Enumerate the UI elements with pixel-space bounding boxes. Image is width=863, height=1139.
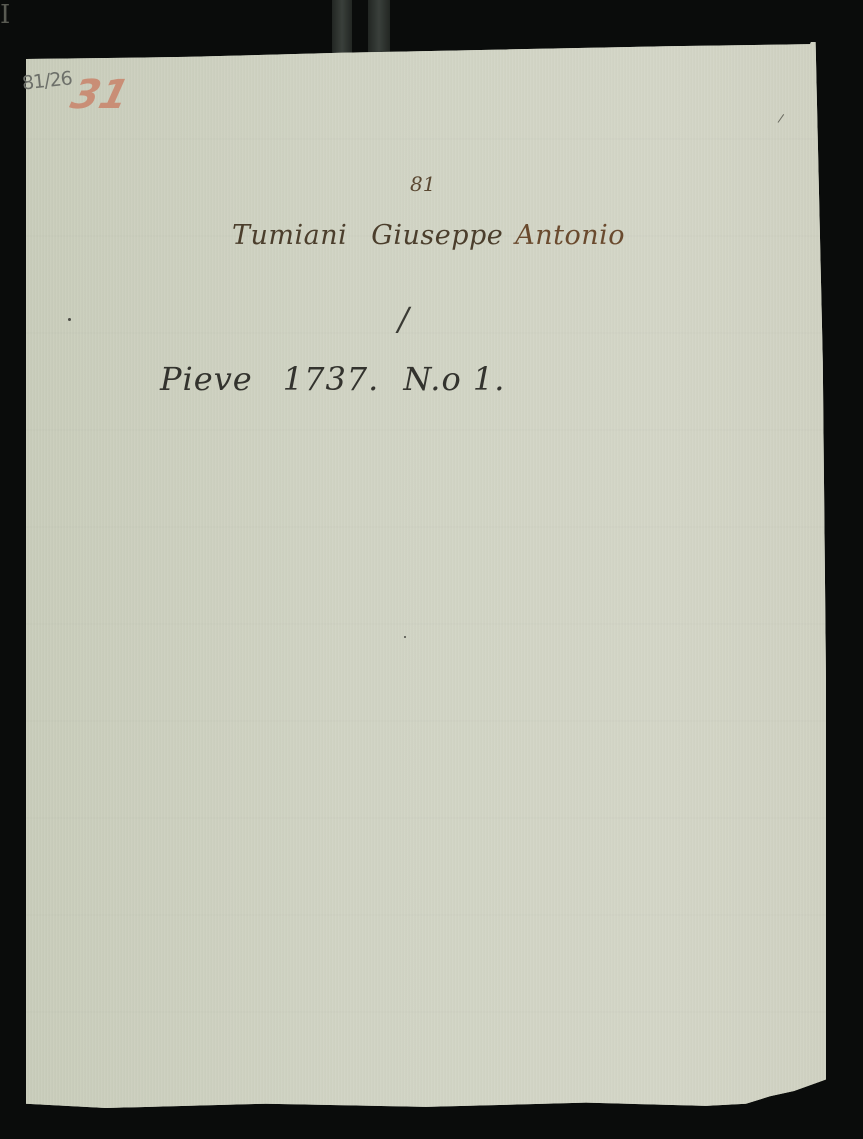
item-number: 81 — [410, 172, 435, 196]
name-line: TumianiGiuseppeAntonio — [232, 220, 625, 251]
given-name: Giuseppe — [371, 220, 503, 251]
roman-numeral: I — [0, 0, 10, 30]
folio-number: 31 — [66, 72, 133, 118]
pieve-line: Pieve1737.N.o 1. — [160, 360, 505, 398]
middle-name: Antonio — [515, 220, 625, 251]
pieve-year: 1737. — [283, 360, 380, 398]
pieve-label: Pieve — [160, 360, 253, 398]
surname: Tumiani — [232, 220, 347, 251]
ink-speck — [404, 636, 406, 638]
pieve-number: N.o 1. — [403, 360, 505, 398]
paper-sheet — [26, 42, 826, 1108]
stroke-mark: / — [398, 300, 409, 338]
document-scan: 81/26 31 81 TumianiGiuseppeAntonio / Pie… — [0, 0, 863, 1139]
ink-speck — [68, 318, 71, 321]
